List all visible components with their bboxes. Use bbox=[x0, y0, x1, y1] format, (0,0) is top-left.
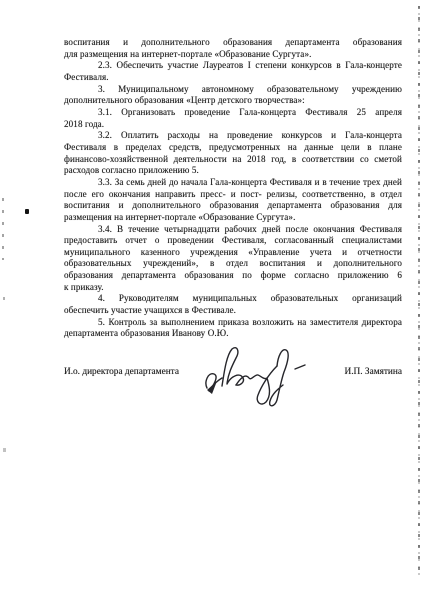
text-line: 2018 года. bbox=[64, 119, 402, 131]
text-line: 3. Муниципальному автономному образовате… bbox=[64, 84, 402, 96]
text-line: финансово-хозяйственной деятельности на … bbox=[64, 154, 402, 166]
text-line: 3.1. Организовать проведение Гала-концер… bbox=[64, 107, 402, 119]
text-line: Фестиваля. bbox=[64, 72, 402, 84]
text-line: воспитания и дополнительного образования… bbox=[64, 200, 402, 212]
text-line: 3.3. За семь дней до начала Гала-концерт… bbox=[64, 177, 402, 189]
document-body-text: воспитания и дополнительного образования… bbox=[64, 37, 402, 340]
text-line: дополнительного образования «Центр детск… bbox=[64, 95, 402, 107]
text-line: воспитания и дополнительного образования… bbox=[64, 37, 402, 49]
text-line: для размещения на интернет-портале «Обра… bbox=[64, 49, 402, 61]
text-line: 2.3. Обеспечить участие Лауреатов I степ… bbox=[64, 60, 402, 72]
scan-noise-speck bbox=[3, 297, 5, 300]
signatory-position-label: И.о. директора департамента bbox=[64, 366, 179, 378]
text-line: предоставить отчет о проведении Фестивал… bbox=[64, 235, 402, 247]
text-line: 3.2. Оплатить расходы на проведение конк… bbox=[64, 130, 402, 142]
signatory-name-label: И.П. Замятина bbox=[345, 366, 402, 378]
scan-noise-speck bbox=[3, 448, 6, 452]
text-line: обеспечить участие учащихся в Фестивале. bbox=[64, 305, 402, 317]
text-line: расходов согласно приложению 5. bbox=[64, 165, 402, 177]
text-line: образования департамента образования по … bbox=[64, 270, 402, 282]
text-line: размещения на интернет-портале «Образова… bbox=[64, 212, 402, 224]
text-line: образовательных учреждений», в отдел вос… bbox=[64, 258, 402, 270]
scan-noise-dot bbox=[25, 209, 29, 214]
scan-noise-left-edge bbox=[2, 198, 4, 260]
text-line: Фестиваля в пределах средств, предусмотр… bbox=[64, 142, 402, 154]
scanned-document-page: воспитания и дополнительного образования… bbox=[0, 0, 423, 598]
text-line: муниципального казенного учреждения «Упр… bbox=[64, 247, 402, 259]
text-line: к приказу. bbox=[64, 282, 402, 294]
handwritten-signature-icon bbox=[198, 338, 310, 412]
text-line: после его окончания направить пресс- и п… bbox=[64, 189, 402, 201]
scan-noise-right-edge bbox=[418, 6, 420, 576]
text-line: 3.4. В течение четырнадцати рабочих дней… bbox=[64, 224, 402, 236]
text-line: 4. Руководителям муниципальных образоват… bbox=[64, 293, 402, 305]
text-line: 5. Контроль за выполнением приказа возло… bbox=[64, 317, 402, 329]
